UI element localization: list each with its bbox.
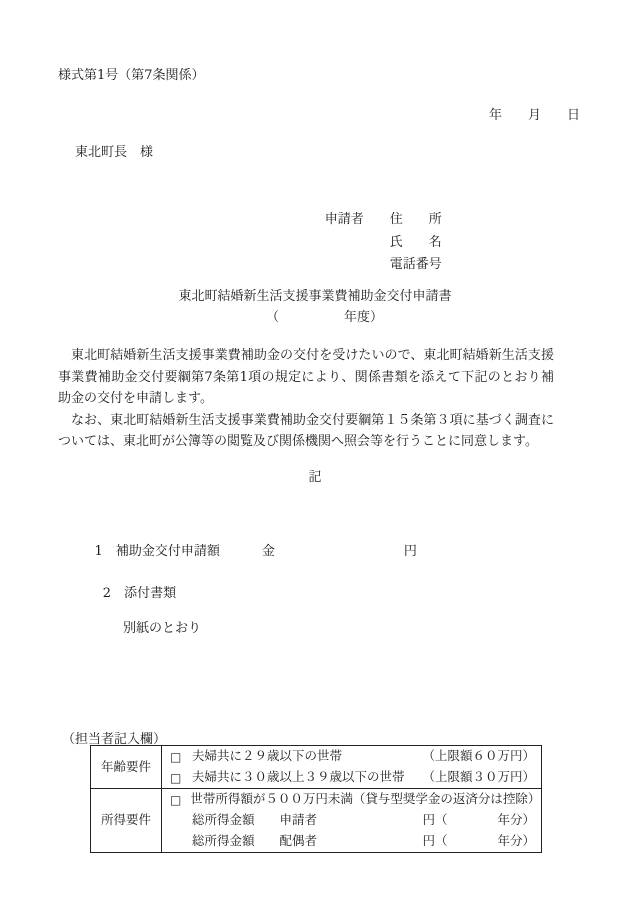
- item-attachments: 2添付書類 別紙のとおり: [78, 570, 201, 640]
- addressee: 東北町長 様: [75, 143, 153, 163]
- age-requirement-cell: □夫婦共に２９歳以下の世帯（上限額６０万円） □夫婦共に３０歳以上３９歳以下の世…: [162, 746, 542, 789]
- item-label: 補助金交付申請額: [116, 544, 220, 559]
- requirement-text: 世帯所得額が５００万円未満（貸与型奨学金の返済分は控除）: [190, 790, 540, 809]
- checkbox-icon: □: [170, 751, 183, 763]
- item-number: 2: [103, 586, 111, 601]
- item-attachments-title: 2添付書類: [78, 570, 201, 618]
- age-option-line: □夫婦共に３０歳以上３９歳以下の世帯（上限額３０万円）: [162, 767, 541, 788]
- income-requirement-cell: □世帯所得額が５００万円未満（貸与型奨学金の返済分は控除） 総所得金額 申請者円…: [162, 789, 542, 853]
- requirement-text: 夫婦共に２９歳以下の世帯: [192, 747, 342, 766]
- applicant-label: 申請者: [325, 209, 390, 231]
- row-header-age: 年齢要件: [91, 746, 162, 789]
- checkbox-icon: □: [170, 772, 183, 784]
- year-note: 円（ 年分）: [422, 811, 535, 830]
- income-requirement-row: 所得要件 □世帯所得額が５００万円未満（貸与型奨学金の返済分は控除） 総所得金額…: [91, 789, 542, 853]
- limit-note: （上限額３０万円）: [422, 768, 535, 787]
- document-title: 東北町結婚新生活支援事業費補助金交付申請書: [0, 287, 630, 307]
- fiscal-year-line: （ 年度）: [266, 308, 383, 328]
- row-header-income: 所得要件: [91, 789, 162, 853]
- limit-note: （上限額６０万円）: [422, 747, 535, 766]
- applicant-address-label: 住 所: [390, 212, 442, 227]
- income-line-text: 総所得金額 配偶者: [192, 832, 317, 851]
- income-applicant-line: 総所得金額 申請者円（ 年分）: [162, 810, 541, 831]
- item-application-amount: 1補助金交付申請額金円: [78, 528, 417, 576]
- record-marker: 記: [0, 468, 630, 488]
- checkbox-icon: □: [170, 794, 181, 806]
- staff-entry-table: 年齢要件 □夫婦共に２９歳以下の世帯（上限額６０万円） □夫婦共に３０歳以上３９…: [90, 745, 542, 853]
- age-option-line: □夫婦共に２９歳以下の世帯（上限額６０万円）: [162, 746, 541, 767]
- income-line-text: 総所得金額 申請者: [192, 811, 317, 830]
- applicant-phone-label: 電話番号: [390, 257, 442, 272]
- body-paragraph: 東北町結婚新生活支援事業費補助金の交付を受けたいので、東北町結婚新生活支援事業費…: [58, 345, 554, 410]
- applicant-name-label: 氏 名: [390, 235, 442, 250]
- body-text: 東北町結婚新生活支援事業費補助金の交付を受けたいので、東北町結婚新生活支援事業費…: [58, 345, 554, 453]
- document-page: 様式第1号（第7条関係） 年 月 日 東北町長 様 申請者住 所 氏 名 電話番…: [0, 0, 630, 903]
- applicant-block: 申請者住 所 氏 名 電話番号: [300, 187, 442, 254]
- item-number: 1: [95, 544, 103, 559]
- date-line: 年 月 日: [489, 106, 580, 126]
- form-number: 様式第1号（第7条関係）: [58, 66, 205, 86]
- income-option-line: □世帯所得額が５００万円未満（貸与型奨学金の返済分は控除）: [162, 789, 541, 810]
- year-note: 円（ 年分）: [422, 832, 535, 851]
- item-label: 添付書類: [124, 586, 176, 601]
- amount-suffix: 円: [404, 544, 417, 559]
- income-spouse-line: 総所得金額 配偶者円（ 年分）: [162, 831, 541, 852]
- attachment-detail: 別紙のとおり: [78, 618, 201, 640]
- applicant-address-line: 申請者住 所: [300, 187, 442, 209]
- amount-prefix: 金: [262, 544, 275, 559]
- age-requirement-row: 年齢要件 □夫婦共に２９歳以下の世帯（上限額６０万円） □夫婦共に３０歳以上３９…: [91, 746, 542, 789]
- requirement-text: 夫婦共に３０歳以上３９歳以下の世帯: [192, 768, 405, 787]
- body-paragraph: なお、東北町結婚新生活支援事業費補助金交付要綱第１５条第３項に基づく調査について…: [58, 410, 554, 453]
